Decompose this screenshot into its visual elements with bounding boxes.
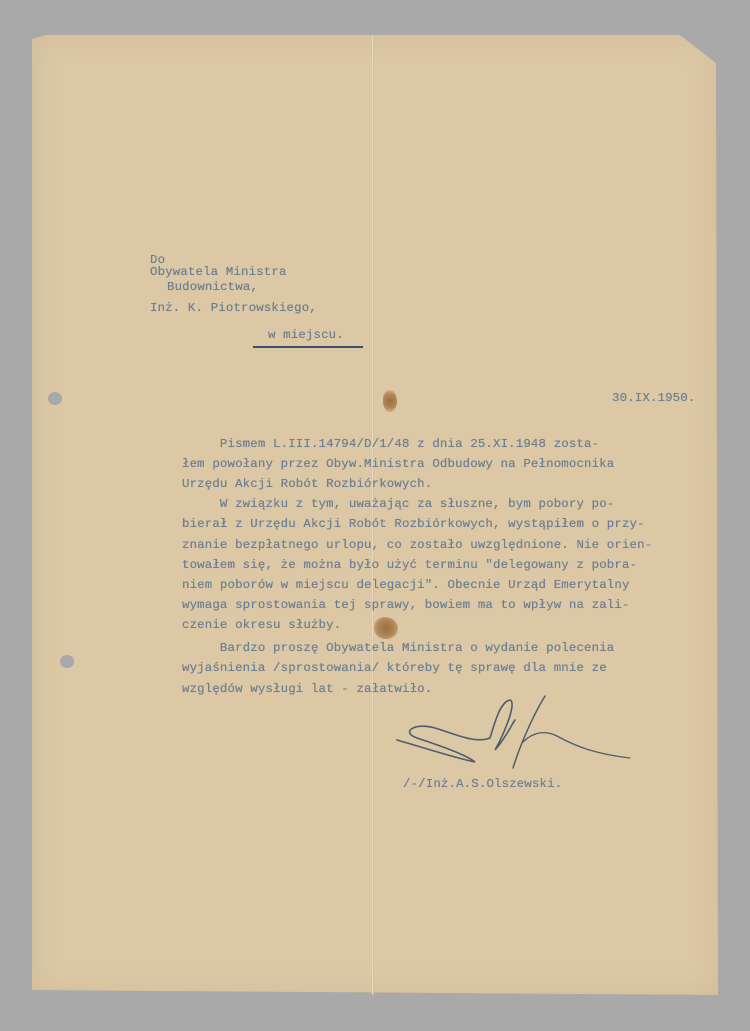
addressee-line: Budownictwa, [167,279,258,296]
letter-paper [32,35,718,995]
letter-date: 30.IX.1950. [612,390,695,407]
addressee-line: Inż. K. Piotrowskiego, [150,300,317,317]
body-line: łem powołany przez Obyw.Ministra Odbudow… [182,456,614,473]
body-line: czenie okresu służby. [182,617,341,634]
punch-hole-bottom [60,655,74,668]
body-line: Urzędu Akcji Robót Rozbiórkowych. [182,476,432,493]
body-line: W związku z tym, uważając za słuszne, by… [182,496,614,513]
addressee-underline [253,346,363,348]
addressee-location: w miejscu. [268,327,344,344]
body-line: niem poborów w miejscu delegacji". Obecn… [182,577,630,594]
punch-hole-top [48,392,62,405]
body-line: znanie bezpłatnego urlopu, co zostało uw… [182,537,652,554]
body-line: wymaga sprostowania tej sprawy, bowiem m… [182,597,630,614]
body-line: Pismem L.III.14794/D/1/48 z dnia 25.XI.1… [182,436,599,453]
stain-spot [374,617,398,639]
handwritten-signature [395,692,645,772]
stain-spot [383,390,397,412]
paper-fold-line [372,35,374,995]
body-line: towałem się, że można było użyć terminu … [182,557,637,574]
body-line: wyjaśnienia /sprostowania/ któreby tę sp… [182,660,607,677]
body-line: bierał z Urzędu Akcji Robót Rozbiórkowyc… [182,516,645,533]
signature-name: /-/Inż.A.S.Olszewski. [403,776,562,793]
body-line: Bardzo proszę Obywatela Ministra o wydan… [182,640,614,657]
